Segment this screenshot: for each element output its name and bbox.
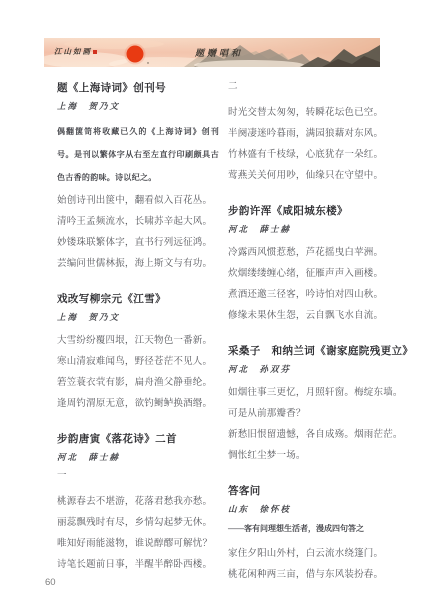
poem-section-left-2: 戏改写柳宗元《江雪》上海 贺乃文大雪纷纷覆四垠，江天物色一番新。寒山清寂难闻鸟，… — [57, 293, 219, 415]
poem-line: 始创诗刊出箧中，翻看似入百花丛。 — [57, 191, 219, 212]
poem-line: 煮酒还邀三径客，吟诗怕对四山秋。 — [228, 285, 404, 306]
poem-line: 桃花闲种两三亩，借与东风装扮春。 — [228, 565, 404, 586]
banner-section-title: 题赠唱和 — [195, 46, 243, 59]
poem-section-right-2: 步韵许浑《咸阳城东楼》河北 薛士赫冷露西风惯惹愁，芦花摇曳白苹洲。炊烟缕缕缠心绪… — [228, 205, 404, 327]
page-number: 60 — [45, 577, 56, 588]
poem-line: 家住夕阳山外村，白云流水绕篷门。 — [228, 544, 404, 565]
poem-line: 时光交替太匆匆，转瞬花坛色已空。 — [228, 103, 404, 124]
poem-author: 河北 孙双芬 — [228, 364, 404, 375]
poem-author: 河北 薛士赫 — [228, 224, 404, 235]
poem-line: 大雪纷纷覆四垠，江天物色一番新。 — [57, 331, 219, 352]
poem-preface: 偶翻箧笥将收藏已久的《上海诗词》创刊号。是刊以繁体字从右至左直行印刷颇具古色古香… — [57, 120, 219, 189]
poem-line: 新愁旧恨留遗憾，各自成殇。烟雨茫茫。 — [228, 425, 404, 446]
poem-line: 寒山清寂难闻鸟，野径苍茫不见人。 — [57, 352, 219, 373]
poem-line: 箬笠蓑衣茕有影，扁舟渔父静垂纶。 — [57, 373, 219, 394]
poem-part-label: 一 — [57, 471, 219, 482]
poem-line: 炊烟缕缕缠心绪，征雁声声入画楼。 — [228, 264, 404, 285]
poem-title: 题《上海诗词》创刊号 — [57, 82, 219, 95]
poem-title: 答客问 — [228, 485, 404, 498]
header-banner-painting: 江山如画 题赠唱和 — [44, 38, 380, 67]
poem-author: 上海 贺乃文 — [57, 101, 219, 112]
poem-section-right-3: 采桑子 和纳兰词《谢家庭院残更立》河北 孙双芬如烟往事三更忆，月照轩窗。梅绽东墙… — [228, 345, 404, 467]
poem-line: 诗笔长题前日事，半醒半醉卧西楼。 — [57, 555, 219, 576]
poem-line: 惆怅红尘梦一场。 — [228, 446, 404, 467]
poem-line: 芸编问世儒林振，海上斯文与有功。 — [57, 254, 219, 275]
poem-section-right-4: 答客问山东 徐怀枝——客有问理想生活者，漫成四句答之家住夕阳山外村，白云流水绕篷… — [228, 485, 404, 586]
poem-title: 戏改写柳宗元《江雪》 — [57, 293, 219, 306]
poem-title: 步韵许浑《咸阳城东楼》 — [228, 205, 404, 218]
journal-page: { "page": { "number": "60", "background"… — [0, 0, 427, 600]
column-right: 二时光交替太匆匆，转瞬花坛色已空。半阕凄迷吟暮雨，满园狼藉对东风。竹林盛有千枝绿… — [228, 78, 404, 600]
poem-author: 河北 薛士赫 — [57, 452, 219, 463]
poem-line: 修缘未果休生怨，云自飘飞水自流。 — [228, 306, 404, 327]
poem-line: 逢周钓渭原无意，欲钓鲥鲈换酒缗。 — [57, 394, 219, 415]
poem-note: ——客有问理想生活者，漫成四句答之 — [228, 523, 404, 534]
poem-line: 如烟往事三更忆，月照轩窗。梅绽东墙。 — [228, 383, 404, 404]
poem-line: 清吟王孟频流水，长啸苏辛起大风。 — [57, 212, 219, 233]
poem-section-right-1: 二时光交替太匆匆，转瞬花坛色已空。半阕凄迷吟暮雨，满园狼藉对东风。竹林盛有千枝绿… — [228, 82, 404, 187]
poem-line: 莺燕关关何用吵，仙缘只在守望中。 — [228, 166, 404, 187]
poem-line: 桃源春去不堪游，花落君愁我亦愁。 — [57, 492, 219, 513]
poem-line: 可是从前那瓣香？ — [228, 404, 404, 425]
bird-speck — [147, 62, 148, 63]
poem-author: 上海 贺乃文 — [57, 312, 219, 323]
poem-line: 妙镂珠联繁体字，直书行列远征鸿。 — [57, 233, 219, 254]
poem-line: 竹林盛有千枝绿，心底犹存一朵红。 — [228, 145, 404, 166]
poem-section-left-1: 题《上海诗词》创刊号上海 贺乃文偶翻箧笥将收藏已久的《上海诗词》创刊号。是刊以繁… — [57, 82, 219, 275]
poem-line: 半阕凄迷吟暮雨，满园狼藉对东风。 — [228, 124, 404, 145]
poem-author: 山东 徐怀枝 — [228, 504, 404, 515]
poem-title: 步韵唐寅《落花诗》二首 — [57, 433, 219, 446]
poem-section-left-3: 步韵唐寅《落花诗》二首河北 薛士赫一桃源春去不堪游，花落君愁我亦愁。丽蕊飘残时有… — [57, 433, 219, 576]
poem-part-label: 二 — [228, 82, 404, 93]
column-left: 题《上海诗词》创刊号上海 贺乃文偶翻箧笥将收藏已久的《上海诗词》创刊号。是刊以繁… — [57, 82, 219, 594]
poem-line: 丽蕊飘残时有尽，乡情勾起梦无休。 — [57, 513, 219, 534]
poem-line: 冷露西风惯惹愁，芦花摇曳白苹洲。 — [228, 243, 404, 264]
banner-calligraphy-text: 江山如画 — [54, 46, 92, 57]
poem-line: 唯知好雨能滋物，谁说醇醪可解忧？ — [57, 534, 219, 555]
poem-title: 采桑子 和纳兰词《谢家庭院残更立》 — [228, 345, 404, 358]
red-seal-stamp — [93, 50, 97, 54]
